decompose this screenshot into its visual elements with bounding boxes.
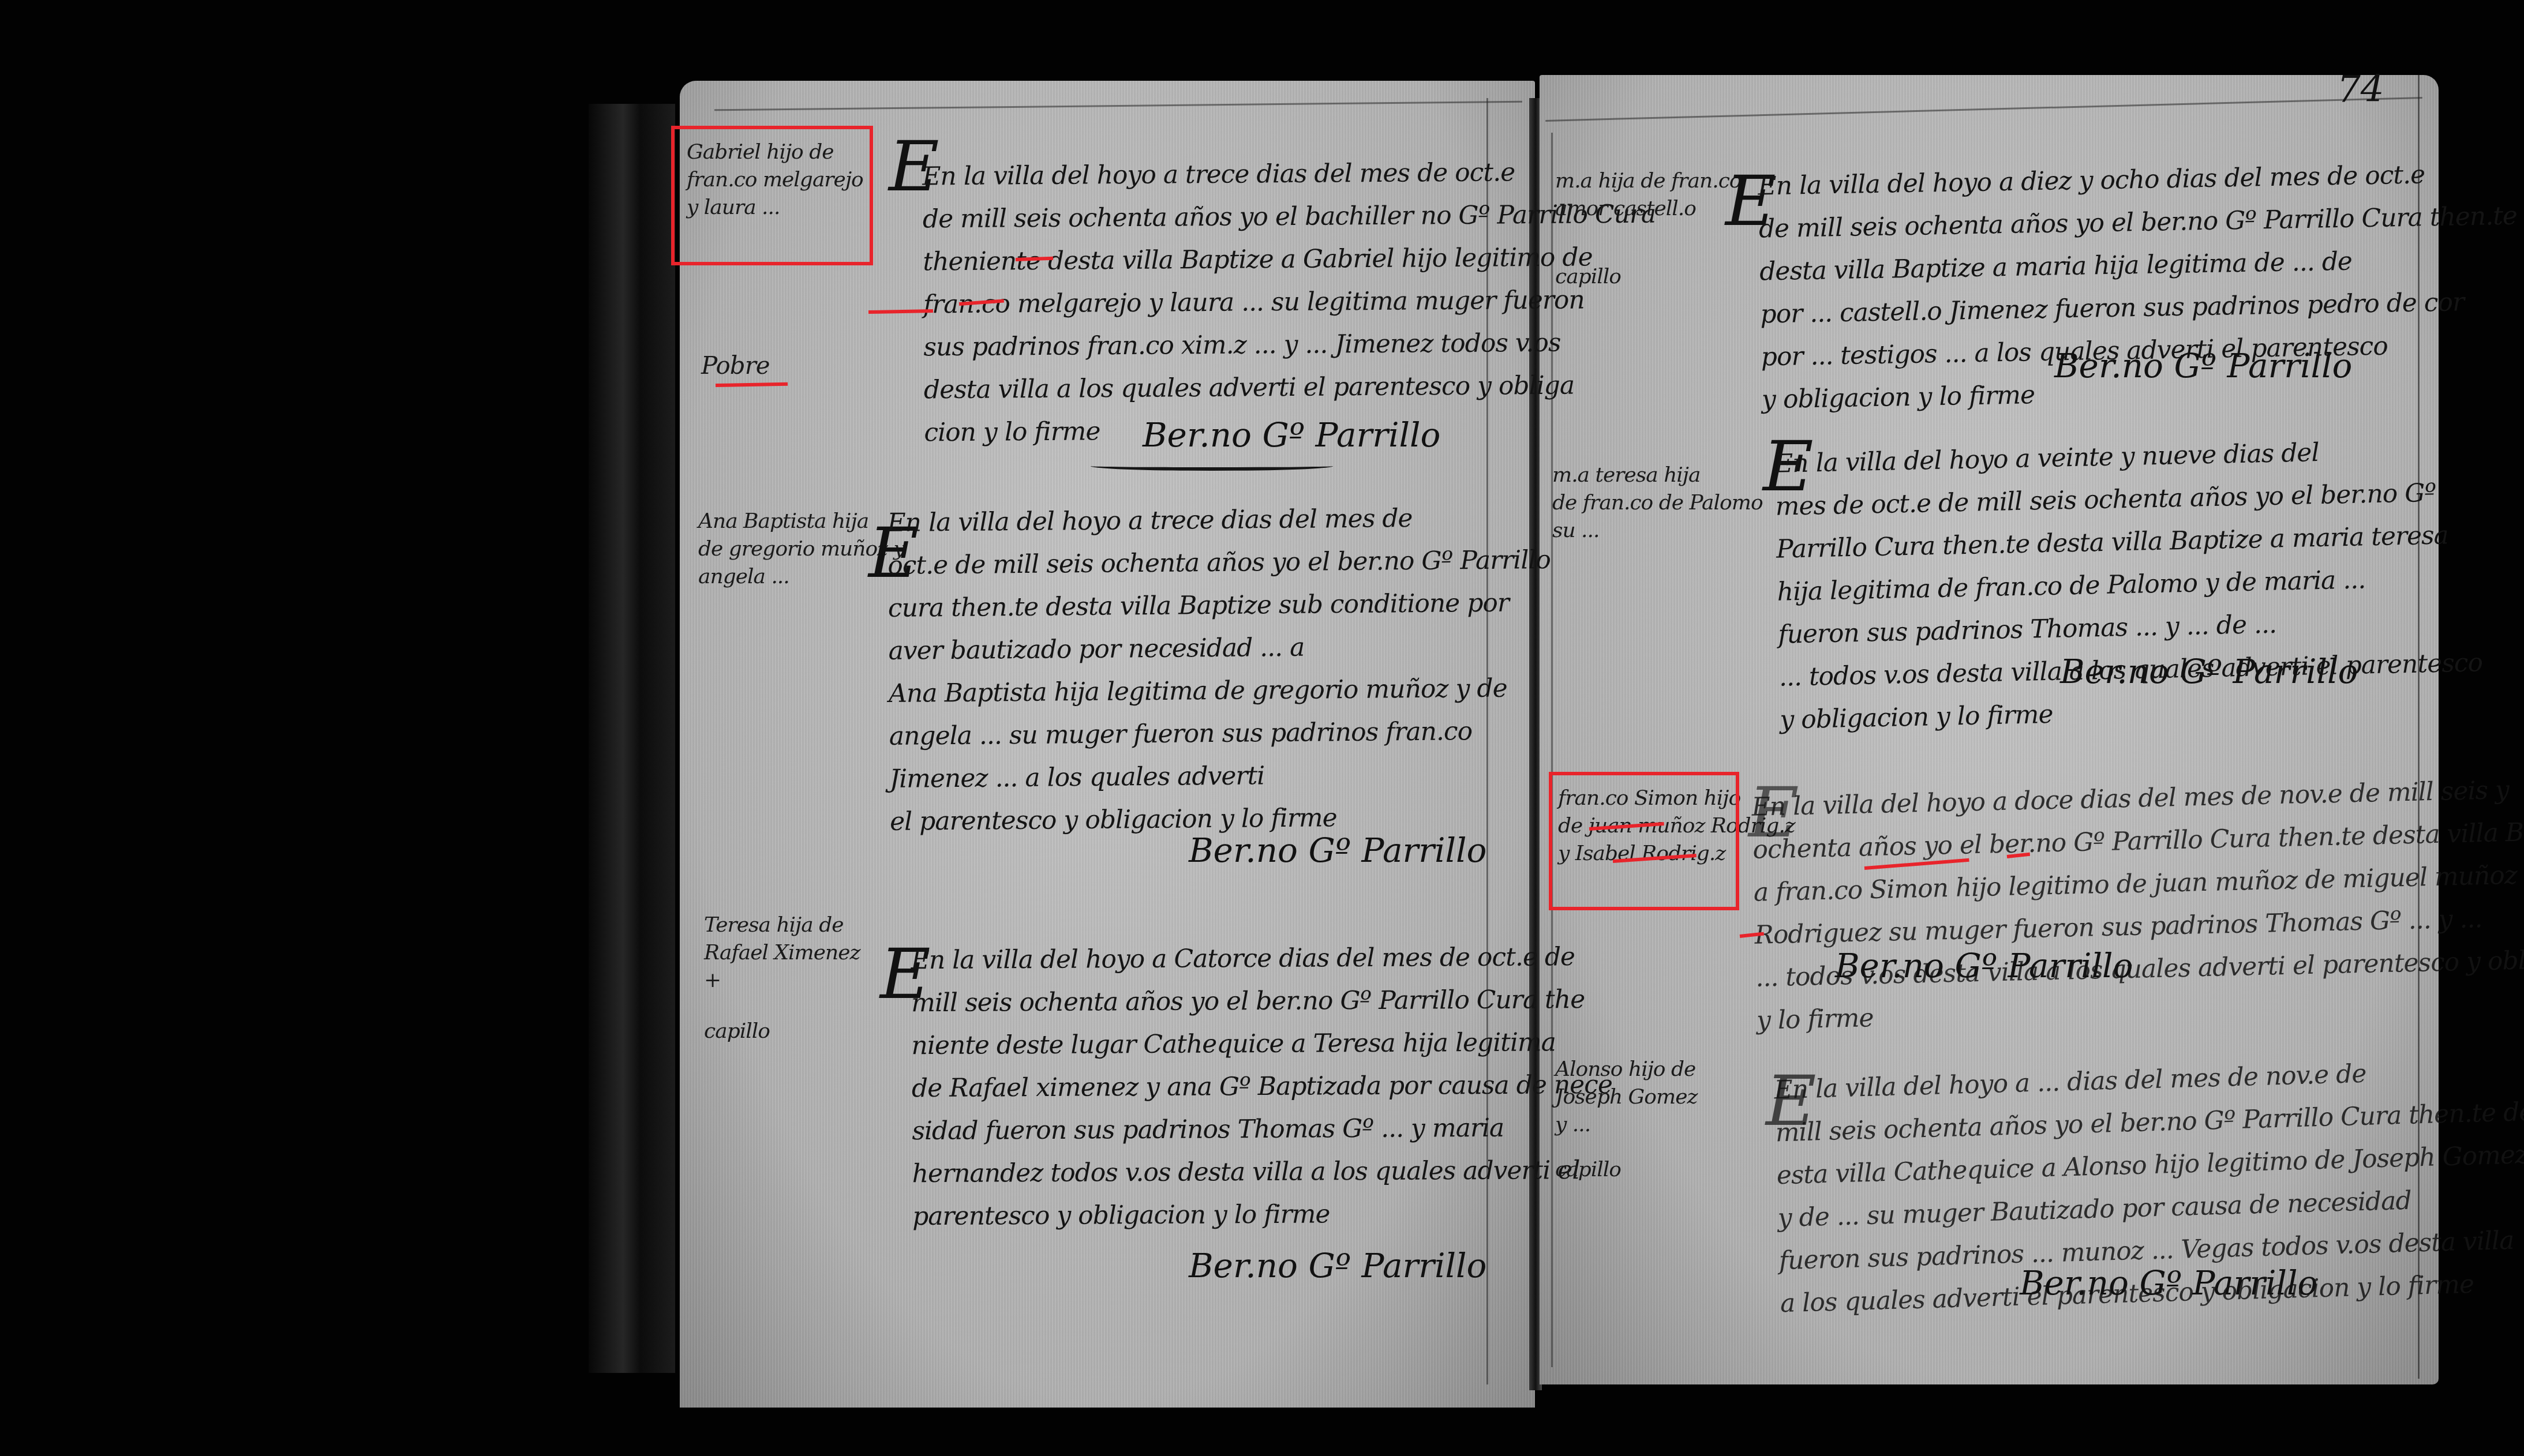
margin-line: Joseph Gomez	[1555, 1083, 1697, 1111]
margin-note-alonso: Alonso hijo de Joseph Gomez y ... capill…	[1555, 1056, 1697, 1184]
entry-line: En la villa del hoyo a Catorce dias del …	[911, 944, 1612, 990]
margin-line: +	[704, 967, 860, 995]
ruled-line	[1545, 97, 2422, 122]
entry-line: desta villa a los quales adverti el pare…	[924, 373, 1657, 421]
annotation-box-gabriel	[671, 126, 873, 265]
margin-line: Rafael Ximenez	[704, 939, 860, 967]
entry-line: sidad fueron sus padrinos Thomas Gº ... …	[912, 1115, 1612, 1161]
entry-line: mill seis ochenta años yo el ber.no Gº P…	[911, 987, 1612, 1033]
margin-line: m.a hija de fran.co	[1555, 167, 1742, 195]
margin-line: y ...	[1555, 1111, 1697, 1139]
priest-signature: Ber.no Gº Parrillo	[2060, 652, 2358, 691]
margin-note-pobre: Pobre	[701, 352, 770, 380]
baptism-entry-maria: En la villa del hoyo a diez y ocho dias …	[1758, 161, 2521, 430]
priest-signature: Ber.no Gº Parrillo	[2054, 346, 2353, 385]
entry-line: de Rafael ximenez y ana Gº Baptizada por…	[912, 1072, 1612, 1119]
margin-line: Teresa hija de	[704, 911, 860, 939]
baptism-entry-maria-teresa: En la villa del hoyo a veinte y nueve di…	[1774, 437, 2484, 750]
margin-line: su ...	[1552, 517, 1763, 545]
margin-note-maria-teresa: m.a teresa hija de fran.co de Palomo su …	[1552, 461, 1763, 545]
entry-line: niente deste lugar Cathequice a Teresa h…	[911, 1030, 1612, 1076]
ruled-line	[714, 101, 1522, 111]
entry-line: Jimenez ... a los quales adverti	[889, 761, 1552, 809]
priest-signature: Ber.no Gº Parrillo	[1189, 831, 1487, 870]
margin-note-teresa: Teresa hija de Rafael Ximenez + capillo	[704, 911, 860, 1045]
entry-line: parentesco y obligacion y lo firme	[912, 1200, 1613, 1247]
margin-line: m.a teresa hija	[1552, 461, 1763, 489]
priest-signature: Ber.no Gº Parrillo	[1143, 415, 1441, 455]
page-number: 74	[2337, 68, 2384, 111]
priest-signature: Ber.no Gº Parrillo	[1189, 1246, 1487, 1285]
margin-line: amor castell.o	[1555, 195, 1742, 223]
priest-signature: Ber.no Gº Parrillo	[2020, 1263, 2318, 1303]
margin-line: capillo	[1555, 1156, 1697, 1184]
margin-line: de fran.co de Palomo	[1552, 489, 1763, 517]
baptism-entry-francisco-simon: En la villa del hoyo a doce dias del mes…	[1751, 774, 2524, 1050]
entry-line: angela ... su muger fueron sus padrinos …	[889, 718, 1552, 767]
book-spine	[589, 104, 675, 1373]
margin-note-maria: m.a hija de fran.co amor castell.o capil…	[1555, 167, 1742, 291]
signature-flourish	[1091, 461, 1333, 471]
priest-signature: Ber.no Gº Parrillo	[1835, 946, 2133, 985]
margin-line: capillo	[1555, 263, 1742, 291]
margin-line: Alonso hijo de	[1555, 1056, 1697, 1083]
entry-line: cura then.te desta villa Baptize sub con…	[888, 590, 1551, 639]
baptism-entry-ana-baptista: En la villa del hoyo a trece dias del me…	[887, 505, 1553, 852]
annotation-box-francisco-simon	[1549, 772, 1739, 910]
baptism-entry-teresa: En la villa del hoyo a Catorce dias del …	[911, 944, 1613, 1247]
entry-line: hernandez todos v.os desta villa a los q…	[912, 1158, 1613, 1204]
margin-line: capillo	[704, 1018, 860, 1045]
